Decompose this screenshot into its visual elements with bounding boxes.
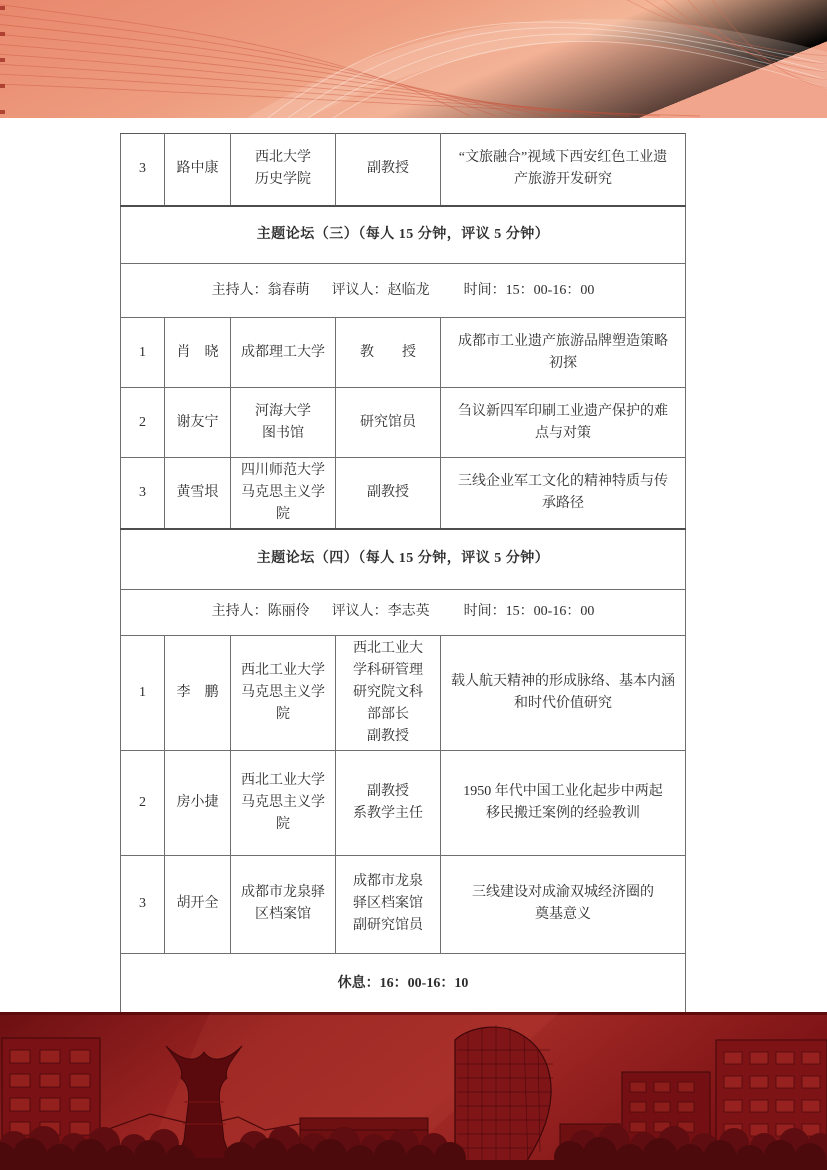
- cell-number: 2: [121, 750, 165, 855]
- moderator-row: 主持人：翁春萌评议人：赵临龙时间：15：00-16：00: [121, 264, 686, 318]
- time-value: 15：00-16：00: [506, 283, 595, 298]
- presenter-row: 3 路中康 西北大学 历史学院 副教授 “文旅融合”视域下西安红色工业遗 产旅游…: [121, 134, 686, 206]
- cell-number: 1: [121, 318, 165, 388]
- time-value: 15：00-16：00: [506, 604, 595, 619]
- cell-affiliation: 四川师范大学 马克思主义学 院: [231, 458, 336, 530]
- presenter-row: 1 肖 晓 成都理工大学 教 授 成都市工业遗产旅游品牌塑造策略 初探: [121, 318, 686, 388]
- forum-title: 主题论坛（三）（每人 15 分钟，评议 5 分钟）: [121, 206, 686, 264]
- cell-affiliation: 西北工业大学 马克思主义学 院: [231, 635, 336, 750]
- break-time: 休息：16：00-16：10: [121, 953, 686, 1015]
- cell-presenter-name: 路中康: [165, 134, 231, 206]
- presenter-row: 3 胡开全 成都市龙泉驿 区档案馆 成都市龙泉 驿区档案馆 副研究馆员 三线建设…: [121, 855, 686, 953]
- cell-presenter-name: 谢友宁: [165, 388, 231, 458]
- reviewer-name: 李志英: [388, 604, 430, 619]
- cell-number: 1: [121, 635, 165, 750]
- cell-paper-title: 载人航天精神的形成脉络、基本内涵 和时代价值研究: [441, 635, 686, 750]
- wave-pattern-decoration: [0, 0, 827, 118]
- cell-paper-title: 刍议新四军印刷工业遗产保护的难 点与对策: [441, 388, 686, 458]
- document-page: 3 路中康 西北大学 历史学院 副教授 “文旅融合”视域下西安红色工业遗 产旅游…: [0, 0, 827, 1170]
- break-row: 休息：16：00-16：10: [121, 953, 686, 1015]
- cell-title: 副教授: [336, 134, 441, 206]
- moderator-name: 翁春萌: [268, 283, 310, 298]
- cell-affiliation: 河海大学 图书馆: [231, 388, 336, 458]
- cell-presenter-name: 黄雪垠: [165, 458, 231, 530]
- cell-affiliation: 西北大学 历史学院: [231, 134, 336, 206]
- cell-title: 教 授: [336, 318, 441, 388]
- cell-affiliation: 成都市龙泉驿 区档案馆: [231, 855, 336, 953]
- cell-affiliation: 成都理工大学: [231, 318, 336, 388]
- cell-number: 3: [121, 458, 165, 530]
- cell-title: 副教授: [336, 458, 441, 530]
- moderator-label: 主持人：: [212, 604, 268, 619]
- cell-presenter-name: 房小捷: [165, 750, 231, 855]
- presenter-row: 1 李 鹏 西北工业大学 马克思主义学 院 西北工业大 学科研管理 研究院文科 …: [121, 635, 686, 750]
- cell-title: 西北工业大 学科研管理 研究院文科 部部长 副教授: [336, 635, 441, 750]
- reviewer-name: 赵临龙: [388, 283, 430, 298]
- forum-header-row: 主题论坛（三）（每人 15 分钟，评议 5 分钟）: [121, 206, 686, 264]
- campus-artwork: [0, 1012, 827, 1170]
- cell-presenter-name: 肖 晓: [165, 318, 231, 388]
- cell-presenter-name: 胡开全: [165, 855, 231, 953]
- moderator-row: 主持人：陈丽伶评议人：李志英时间：15：00-16：00: [121, 589, 686, 635]
- cell-paper-title: 成都市工业遗产旅游品牌塑造策略 初探: [441, 318, 686, 388]
- cell-affiliation: 西北工业大学 马克思主义学 院: [231, 750, 336, 855]
- forum-header-row: 主题论坛（四）（每人 15 分钟，评议 5 分钟）: [121, 529, 686, 589]
- moderator-cell: 主持人：翁春萌评议人：赵临龙时间：15：00-16：00: [121, 264, 686, 318]
- cell-presenter-name: 李 鹏: [165, 635, 231, 750]
- presenter-row: 3 黄雪垠 四川师范大学 马克思主义学 院 副教授 三线企业军工文化的精神特质与…: [121, 458, 686, 530]
- reviewer-label: 评议人：: [332, 283, 388, 298]
- moderator-name: 陈丽伶: [268, 604, 310, 619]
- cell-paper-title: “文旅融合”视域下西安红色工业遗 产旅游开发研究: [441, 134, 686, 206]
- presenter-row: 2 房小捷 西北工业大学 马克思主义学 院 副教授 系教学主任 1950 年代中…: [121, 750, 686, 855]
- cell-number: 3: [121, 855, 165, 953]
- moderator-label: 主持人：: [212, 283, 268, 298]
- time-label: 时间：: [464, 604, 506, 619]
- moderator-cell: 主持人：陈丽伶评议人：李志英时间：15：00-16：00: [121, 589, 686, 635]
- footer-campus-image: [0, 1012, 827, 1170]
- conference-program-table: 3 路中康 西北大学 历史学院 副教授 “文旅融合”视域下西安红色工业遗 产旅游…: [120, 133, 686, 1016]
- time-label: 时间：: [464, 283, 506, 298]
- cell-paper-title: 三线建设对成渝双城经济圈的 奠基意义: [441, 855, 686, 953]
- cell-number: 3: [121, 134, 165, 206]
- cell-paper-title: 1950 年代中国工业化起步中两起 移民搬迁案例的经验教训: [441, 750, 686, 855]
- presenter-row: 2 谢友宁 河海大学 图书馆 研究馆员 刍议新四军印刷工业遗产保护的难 点与对策: [121, 388, 686, 458]
- cell-number: 2: [121, 388, 165, 458]
- cell-title: 成都市龙泉 驿区档案馆 副研究馆员: [336, 855, 441, 953]
- cell-title: 副教授 系教学主任: [336, 750, 441, 855]
- reviewer-label: 评议人：: [332, 604, 388, 619]
- forum-title: 主题论坛（四）（每人 15 分钟，评议 5 分钟）: [121, 529, 686, 589]
- header-banner: [0, 0, 827, 118]
- cell-paper-title: 三线企业军工文化的精神特质与传 承路径: [441, 458, 686, 530]
- cell-title: 研究馆员: [336, 388, 441, 458]
